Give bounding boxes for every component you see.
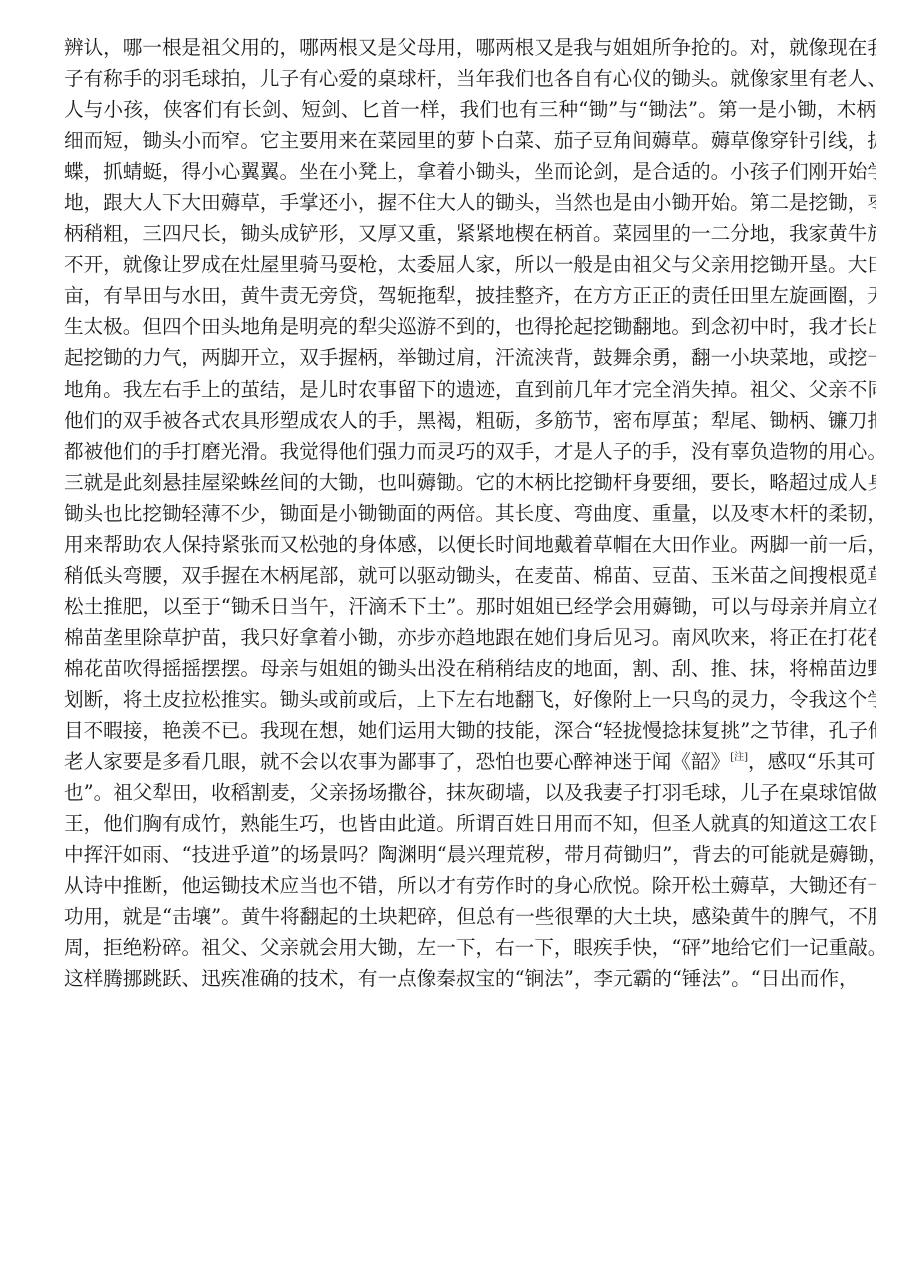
document-page: 辨认，哪一根是祖父用的，哪两根又是父母用，哪两根又是我与姐姐所争抢的。对，就像现…: [64, 32, 876, 994]
text-line: 生太极。但四个田头地角是明亮的犁尖巡游不到的，也得抡起挖锄翻地。到念初中时，我才…: [64, 311, 876, 342]
text-line: 柄稍粗，三四尺长，锄头成铲形，又厚又重，紧紧地楔在柄首。菜园里的一二分地，我家黄…: [64, 218, 876, 249]
text-line: 起挖锄的力气，两脚开立，双手握柄，举锄过肩，汗流浃背，鼓舞余勇，翻一小块菜地，或…: [64, 342, 876, 373]
text-line: 划断，将土皮拉松推实。锄头或前或后，上下左右地翻飞，好像附上一只鸟的灵力，令我这…: [64, 684, 876, 715]
text-line: 他们的双手被各式农具形塑成农人的手，黑褐，粗砺，多筋节，密布厚茧；犁尾、锄柄、镰…: [64, 405, 876, 436]
text-line: 功用，就是“击壤”。黄牛将翻起的土块耙碎，但总有一些很犟的大土块，感染黄牛的脾气…: [64, 901, 876, 932]
text-line: 稍低头弯腰，双手握在木柄尾部，就可以驱动锄头，在麦苗、棉苗、豆苗、玉米苗之间搜根…: [64, 560, 876, 591]
text-line: 用来帮助农人保持紧张而又松弛的身体感，以便长时间地戴着草帽在大田作业。两脚一前一…: [64, 529, 876, 560]
text-line: 亩，有旱田与水田，黄牛责无旁贷，驾轭拖犁，披挂整齐，在方方正正的责任田里左旋画圈…: [64, 280, 876, 311]
text-line: 细而短，锄头小而窄。它主要用来在菜园里的萝卜白菜、茄子豆角间薅草。薅草像穿针引线…: [64, 125, 876, 156]
text-line: 辨认，哪一根是祖父用的，哪两根又是父母用，哪两根又是我与姐姐所争抢的。对，就像现…: [64, 32, 876, 63]
text-line: 周，拒绝粉碎。祖父、父亲就会用大锄，左一下，右一下，眼疾手快，“砰”地给它们一记…: [64, 932, 876, 963]
text-line: 人与小孩，侠客们有长剑、短剑、匕首一样，我们也有三种“锄”与“锄法”。第一是小锄…: [64, 94, 876, 125]
text-line: 棉花苗吹得摇摇摆摆。母亲与姐姐的锄头出没在稍稍结皮的地面，割、刮、推、抹，将棉苗…: [64, 653, 876, 684]
text-line: 不开，就像让罗成在灶屋里骑马耍枪，太委屈人家，所以一般是由祖父与父亲用挖锄开垦。…: [64, 249, 876, 280]
text-line: 地，跟大人下大田薅草，手掌还小，握不住大人的锄头，当然也是由小锄开始。第二是挖锄…: [64, 187, 876, 218]
text-line: 棉苗垄里除草护苗，我只好拿着小锄，亦步亦趋地跟在她们身后见习。南风吹来，将正在打…: [64, 622, 876, 653]
text-line: 从诗中推断，他运锄技术应当也不错，所以才有劳作时的身心欣悦。除开松土薅草，大锄还…: [64, 870, 876, 901]
text-line: 目不暇接，艳羡不已。我现在想，她们运用大锄的技能，深合“轻拢慢捻抹复挑”之节律，…: [64, 715, 876, 746]
text-line: 三就是此刻悬挂屋梁蛛丝间的大锄，也叫薅锄。它的木柄比挖锄杆身要细，要长，略超过成…: [64, 467, 876, 498]
text-line: 地角。我左右手上的茧结，是儿时农事留下的遗迹，直到前几年才完全消失掉。祖父、父亲…: [64, 374, 876, 405]
text-line: 松土推肥，以至于“锄禾日当午，汗滴禾下土”。那时姐姐已经学会用薅锄，可以与母亲并…: [64, 591, 876, 622]
text-line: 也”。祖父犁田，收稻割麦，父亲扬场撒谷，抹灰砌墙，以及我妻子打羽毛球，儿子在桌球…: [64, 777, 876, 808]
text-line: 这样腾挪跳跃、迅疾准确的技术，有一点像秦叔宝的“锏法”，李元霸的“锤法”。“日出…: [64, 963, 876, 994]
text-line: 都被他们的手打磨光滑。我觉得他们强力而灵巧的双手，才是人子的手，没有辜负造物的用…: [64, 436, 876, 467]
text-line: 蝶，抓蜻蜓，得小心翼翼。坐在小凳上，拿着小锄头，坐而论剑，是合适的。小孩子们刚开…: [64, 156, 876, 187]
text-line-with-footnote: 老人家要是多看几眼，就不会以农事为鄙事了，恐怕也要心醉神迷于闻《韶》[注]，感叹…: [64, 746, 876, 777]
text-line: 中挥汗如雨、“技进乎道”的场景吗？陶渊明“晨兴理荒秽，带月荷锄归”，背去的可能就…: [64, 839, 876, 870]
text-line: 锄头也比挖锄轻薄不少，锄面是小锄锄面的两倍。其长度、弯曲度、重量，以及枣木杆的柔…: [64, 498, 876, 529]
text-line: 王，他们胸有成竹，熟能生巧，也皆由此道。所谓百姓日用而不知，但圣人就真的知道这工…: [64, 808, 876, 839]
footnote-marker: [注]: [730, 752, 748, 763]
text-line: 子有称手的羽毛球拍，儿子有心爱的桌球杆，当年我们也各自有心仪的锄头。就像家里有老…: [64, 63, 876, 94]
